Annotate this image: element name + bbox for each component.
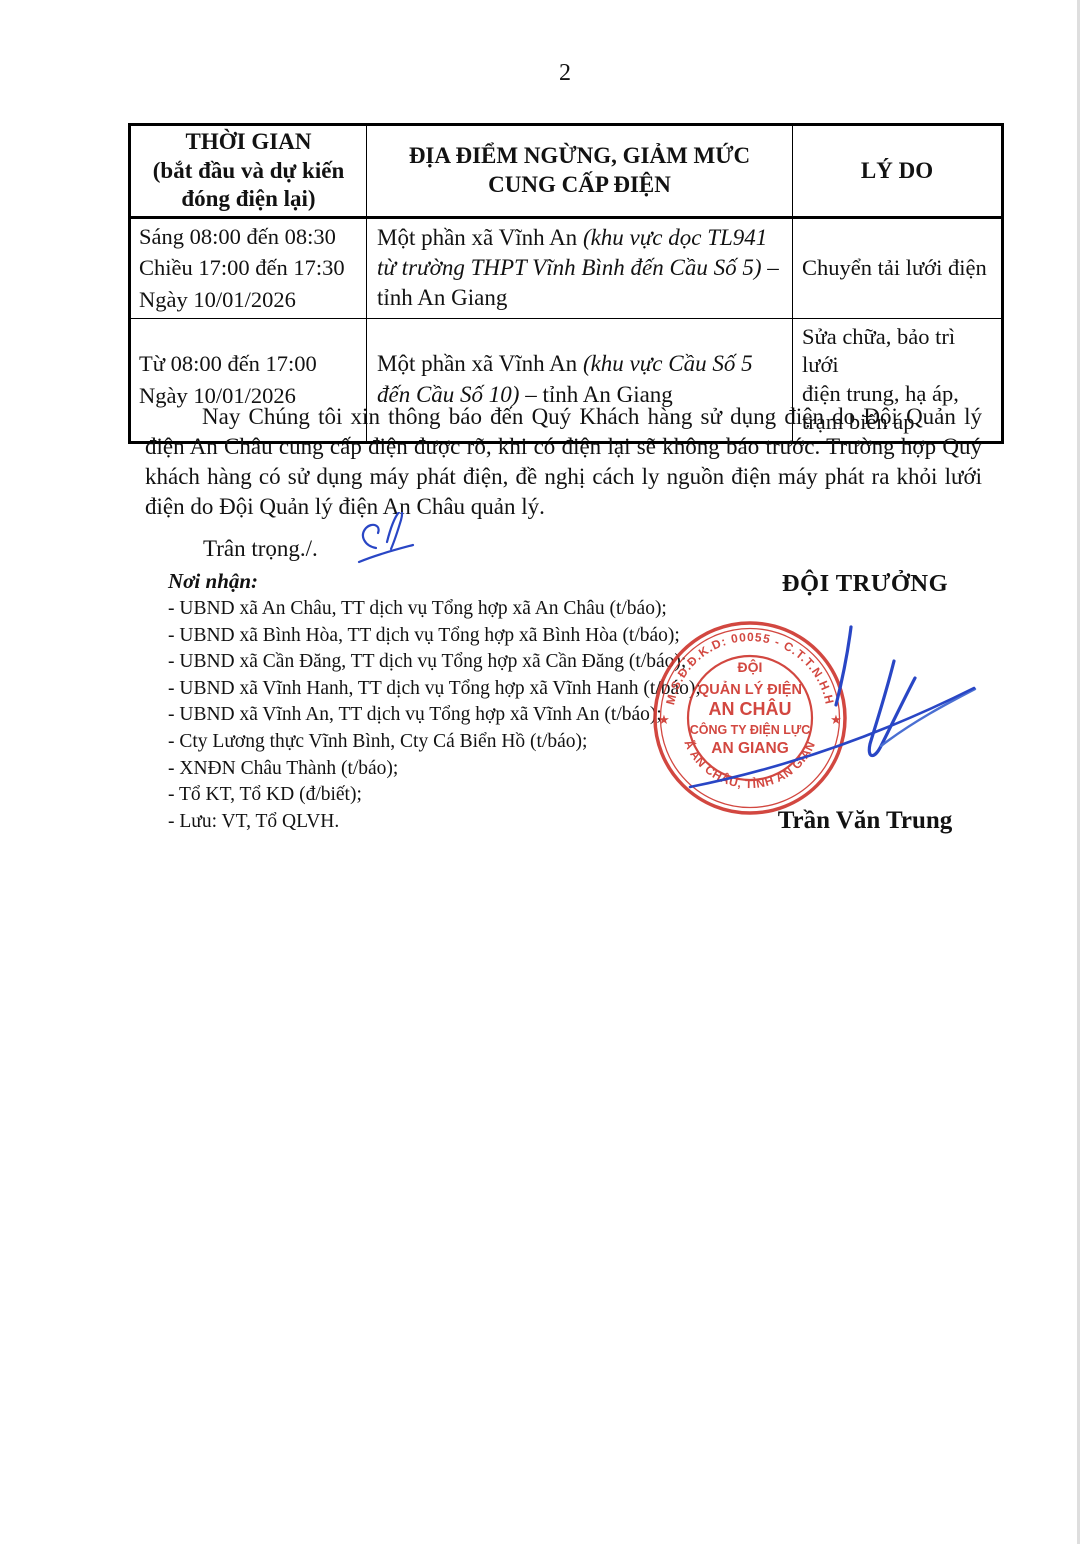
col-header-time: THỜI GIAN (bắt đầu và dự kiến đóng điện … [130,125,367,218]
col-header-reason: LÝ DO [793,125,1003,218]
recipients-label: Nơi nhận: [168,569,258,594]
cell-location: Một phần xã Vĩnh An (khu vực dọc TL941 t… [367,217,793,318]
page-number: 2 [465,60,665,87]
recipients-list: - UBND xã An Châu, TT dịch vụ Tổng hợp x… [168,596,701,835]
list-item: - UBND xã Bình Hòa, TT dịch vụ Tổng hợp … [168,623,701,650]
list-item: - UBND xã Vĩnh An, TT dịch vụ Tổng hợp x… [168,702,701,729]
pen-initial-icon [348,512,420,570]
cell-reason: Chuyển tải lưới điện [793,217,1003,318]
list-item: - UBND xã Cần Đăng, TT dịch vụ Tổng hợp … [168,649,701,676]
list-item: - Cty Lương thực Vĩnh Bình, Cty Cá Biển … [168,729,701,756]
list-item: - Lưu: VT, Tổ QLVH. [168,809,701,836]
location-regular: Một phần xã Vĩnh An [377,225,583,250]
director-name: Trần Văn Trung [700,807,1030,835]
document-page: 2 THỜI GIAN (bắt đầu và dự kiến đóng điệ… [0,0,1080,1544]
signature-icon [640,595,1010,835]
director-title: ĐỘI TRƯỞNG [700,570,1030,598]
closing-text: Trân trọng./. [203,536,318,562]
list-item: - Tổ KT, Tổ KD (đ/biết); [168,782,701,809]
list-item: - UBND xã An Châu, TT dịch vụ Tổng hợp x… [168,596,701,623]
outage-schedule-table: THỜI GIAN (bắt đầu và dự kiến đóng điện … [128,123,1004,444]
cell-time: Sáng 08:00 đến 08:30 Chiều 17:00 đến 17:… [130,217,367,318]
notice-paragraph: Nay Chúng tôi xin thông báo đến Quý Khác… [145,402,982,522]
list-item: - XNĐN Châu Thành (t/báo); [168,756,701,783]
table-row: Sáng 08:00 đến 08:30 Chiều 17:00 đến 17:… [130,217,1003,318]
col-header-location: ĐỊA ĐIỂM NGỪNG, GIẢM MỨC CUNG CẤP ĐIỆN [367,125,793,218]
table-header-row: THỜI GIAN (bắt đầu và dự kiến đóng điện … [130,125,1003,218]
location-regular: Một phần xã Vĩnh An [377,351,583,376]
list-item: - UBND xã Vĩnh Hanh, TT dịch vụ Tổng hợp… [168,676,701,703]
